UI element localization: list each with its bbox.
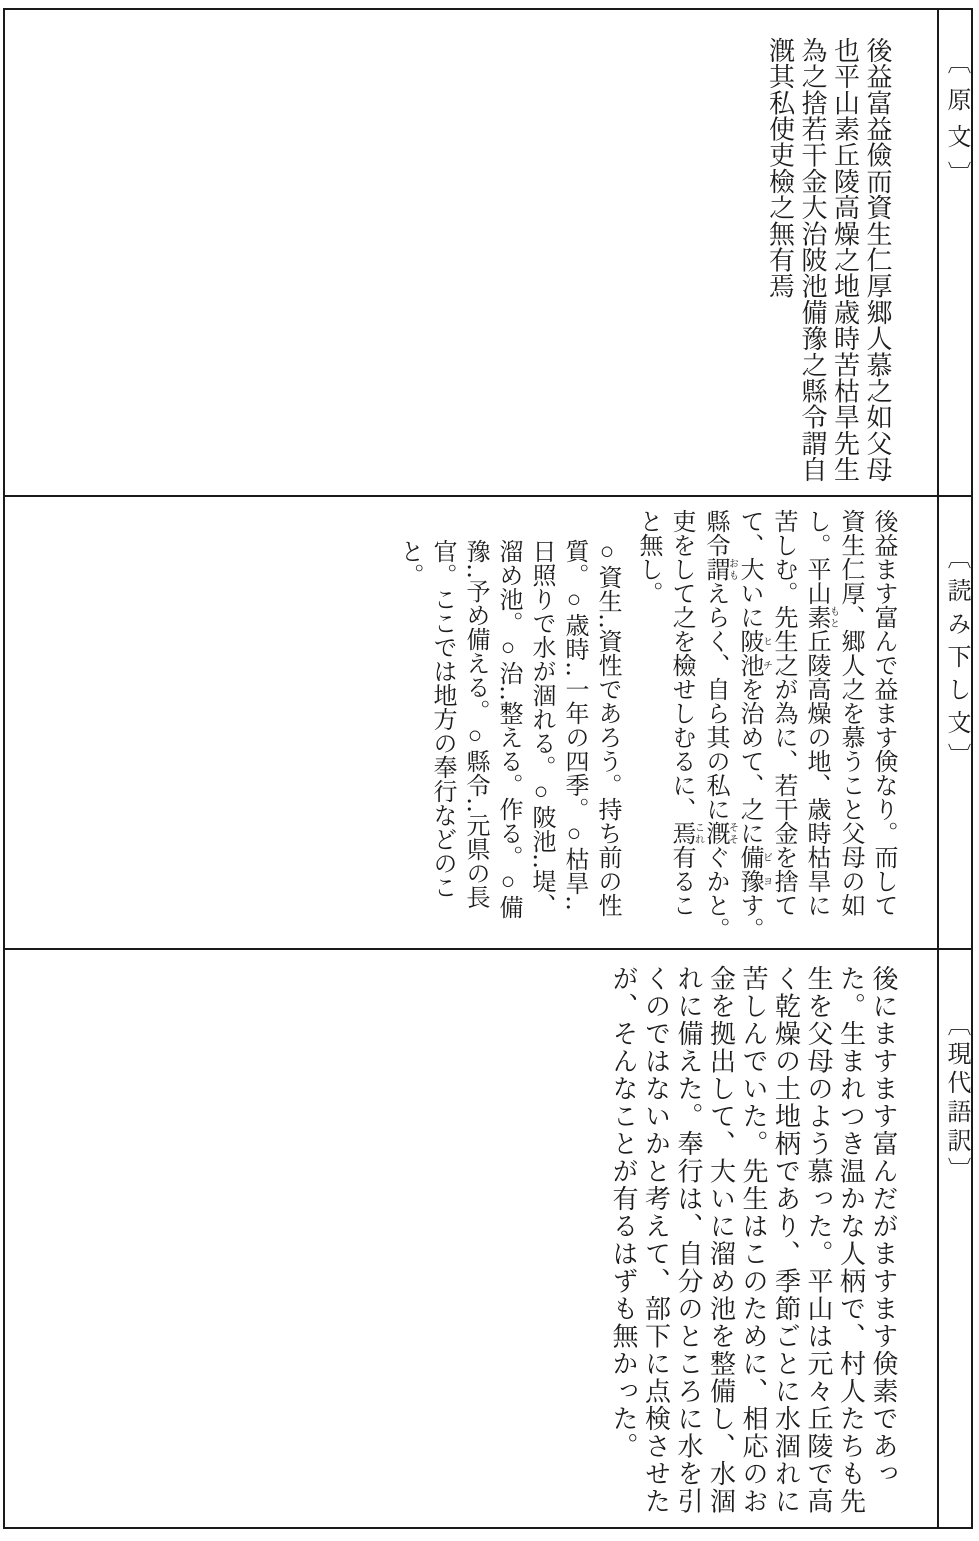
section-yomikudashi: 後益ます富んで益ます倹なり。而して資生仁厚、郷人之を慕うこと父母の如し。平山素も…: [5, 497, 971, 950]
document-table: 後益富益儉而資生仁厚郷人慕之如父母也平山素丘陵高燥之地歳時苦枯旱先生為之捨若干金…: [3, 8, 973, 1529]
modern-translation-header-cell: 〔現代語訳〕: [937, 950, 971, 1527]
yomikudashi-header-label: 〔読み下し文〕: [943, 545, 969, 776]
original-text-header-label: 〔原文〕: [943, 50, 969, 198]
yomikudashi-glossary-notes: ○資生‥資性であろう。持ち前の性質。○歳時‥一年の四季。○枯旱‥日照りで水が涸れ…: [392, 509, 623, 942]
yomikudashi-header-cell: 〔読み下し文〕: [937, 497, 971, 948]
modern-translation-header-label: 〔現代語訳〕: [943, 1012, 969, 1186]
modern-translation-body: 後にますます富んだがますます倹素であった。生まれつき温かな人柄で、村人たちも先生…: [5, 950, 937, 1527]
yomikudashi-main-text: 後益ます富んで益ます倹なり。而して資生仁厚、郷人之を慕うこと父母の如し。平山素も…: [631, 509, 899, 942]
original-text-body: 後益富益儉而資生仁厚郷人慕之如父母也平山素丘陵高燥之地歳時苦枯旱先生為之捨若干金…: [5, 10, 937, 495]
page: 後益富益儉而資生仁厚郷人慕之如父母也平山素丘陵高燥之地歳時苦枯旱先生為之捨若干金…: [0, 0, 979, 1541]
section-modern-translation: 後にますます富んだがますます倹素であった。生まれつき温かな人柄で、村人たちも先生…: [5, 950, 971, 1527]
section-original-text: 後益富益儉而資生仁厚郷人慕之如父母也平山素丘陵高燥之地歳時苦枯旱先生為之捨若干金…: [5, 10, 971, 497]
yomikudashi-body: 後益ます富んで益ます倹なり。而して資生仁厚、郷人之を慕うこと父母の如し。平山素も…: [5, 497, 937, 948]
original-text-header-cell: 〔原文〕: [937, 10, 971, 495]
